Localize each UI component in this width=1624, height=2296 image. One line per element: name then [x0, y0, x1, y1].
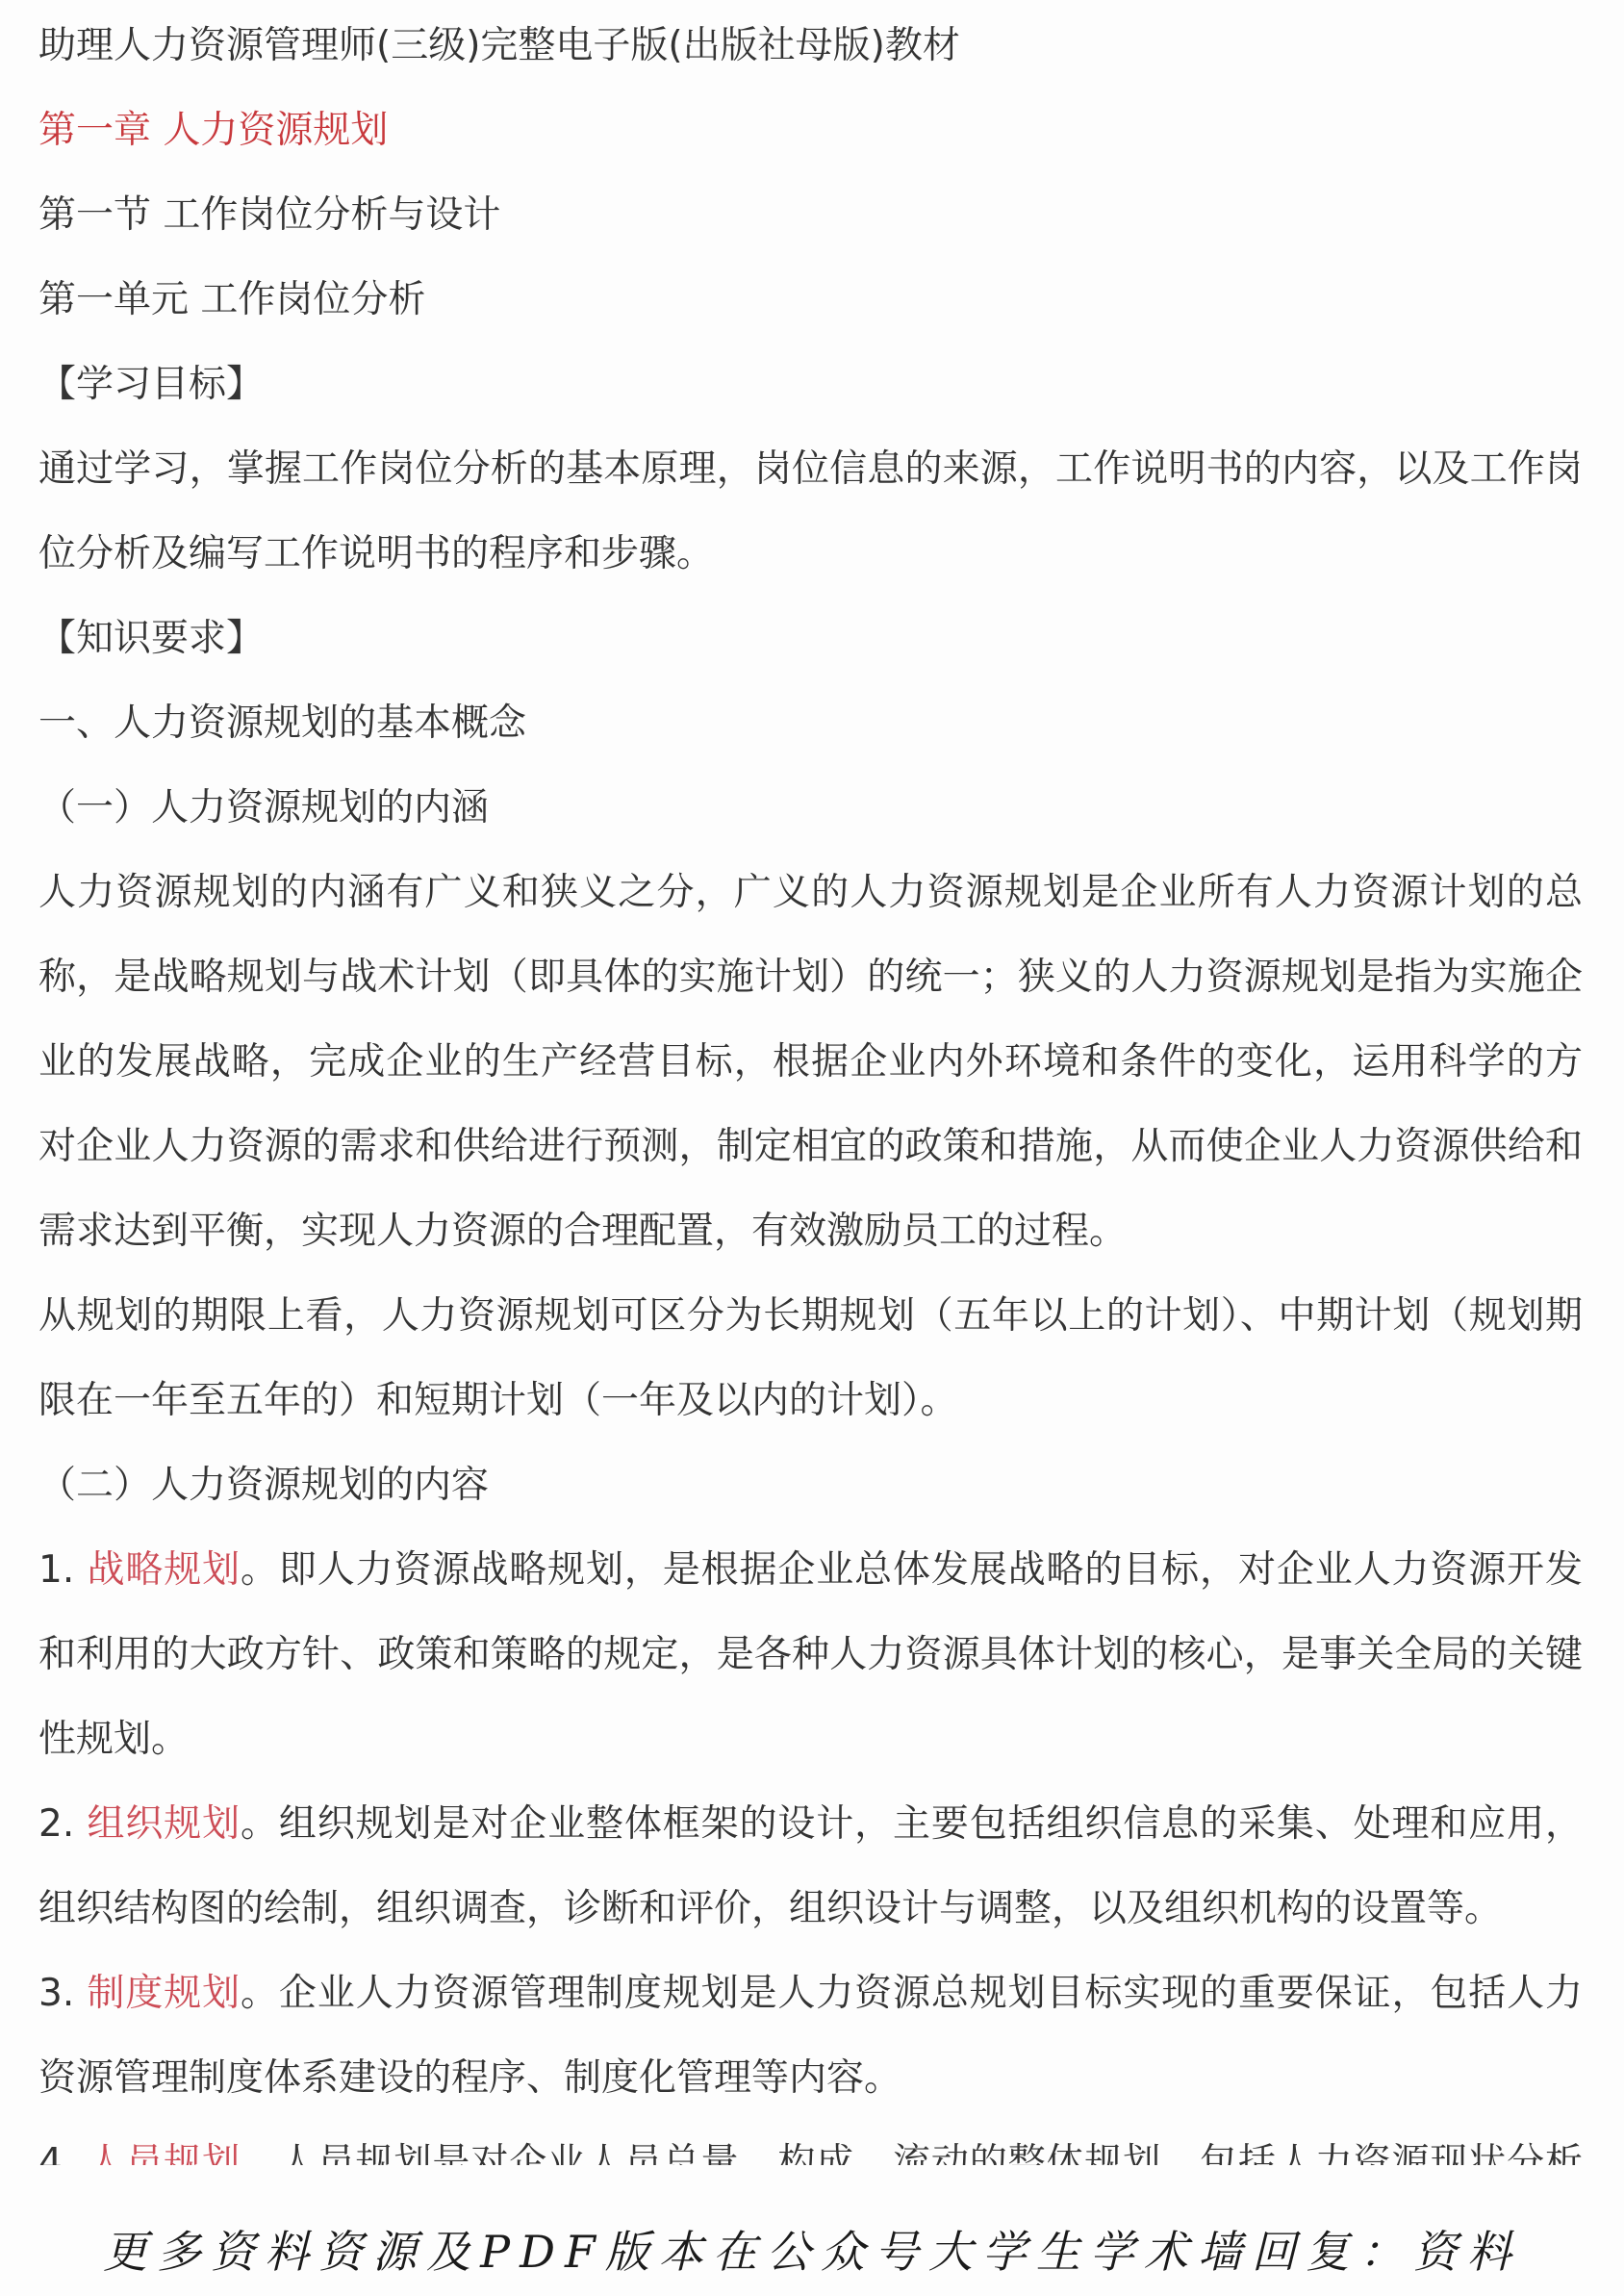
- subsection-one-heading: （一）人力资源规划的内涵: [38, 766, 1583, 851]
- item-text: 。人员规划是对企业人员总量、构成、流动的整体规划，包括人力资源现状分析: [241, 2141, 1583, 2165]
- list-item-system-planning: 3. 制度规划。企业人力资源管理制度规划是人力资源总规划目标实现的重要保证，包括…: [38, 1952, 1583, 2036]
- list-item-organization-planning: 2. 组织规划。组织规划是对企业整体框架的设计，主要包括组织信息的采集、处理和应…: [38, 1782, 1583, 1867]
- subsection-two-heading: （二）人力资源规划的内容: [38, 1443, 1583, 1528]
- item-term: 战略规划: [88, 1548, 241, 1592]
- paragraph-line: 称，是战略规划与战术计划（即具体的实施计划）的统一；狭义的人力资源规划是指为实施…: [38, 935, 1583, 1020]
- paragraph-line: 需求达到平衡，实现人力资源的合理配置，有效激励员工的过程。: [38, 1189, 1583, 1274]
- item-text: 。即人力资源战略规划，是根据企业总体发展战略的目标，对企业人力资源开发: [241, 1548, 1583, 1592]
- item-term: 制度规划: [88, 1972, 241, 2015]
- paragraph-line: 人力资源规划的内涵有广义和狭义之分，广义的人力资源规划是企业所有人力资源计划的总: [38, 851, 1583, 935]
- part-one-heading: 一、人力资源规划的基本概念: [38, 681, 1583, 766]
- paragraph-line: 业的发展战略，完成企业的生产经营目标，根据企业内外环境和条件的变化，运用科学的方…: [38, 1020, 1583, 1105]
- item-text: 。企业人力资源管理制度规划是人力资源总规划目标实现的重要保证，包括人力: [241, 1972, 1583, 2015]
- learning-goals-line: 通过学习，掌握工作岗位分析的基本原理，岗位信息的来源，工作说明书的内容，以及工作…: [38, 427, 1583, 512]
- footer-watermark: 更多资料资源及PDF版本在公众号大学生学术墙回复：资料: [0, 2213, 1624, 2290]
- list-item-staff-planning: 4. 人员规划。人员规划是对企业人员总量、构成、流动的整体规划，包括人力资源现状…: [38, 2121, 1583, 2165]
- unit-heading: 第一单元 工作岗位分析: [38, 258, 1583, 343]
- document-page: 助理人力资源管理师(三级)完整电子版(出版社母版)教材 第一章 人力资源规划 第…: [38, 4, 1583, 2165]
- chapter-heading: 第一章 人力资源规划: [38, 89, 1583, 173]
- learning-goals-heading: 【学习目标】: [38, 343, 1583, 427]
- paragraph-line: 性规划。: [38, 1697, 1583, 1782]
- list-item-strategic-planning: 1. 战略规划。即人力资源战略规划，是根据企业总体发展战略的目标，对企业人力资源…: [38, 1528, 1583, 1613]
- item-number: 2.: [38, 1802, 88, 1846]
- paragraph-line: 资源管理制度体系建设的程序、制度化管理等内容。: [38, 2036, 1583, 2121]
- learning-goals-line: 位分析及编写工作说明书的程序和步骤。: [38, 512, 1583, 597]
- item-text: 。组织规划是对企业整体框架的设计，主要包括组织信息的采集、处理和应用，: [241, 1802, 1583, 1846]
- item-number: 3.: [38, 1972, 88, 2015]
- paragraph-line: 对企业人力资源的需求和供给进行预测，制定相宜的政策和措施，从而使企业人力资源供给…: [38, 1105, 1583, 1189]
- section-heading: 第一节 工作岗位分析与设计: [38, 173, 1583, 258]
- paragraph-line: 和利用的大政方针、政策和策略的规定，是各种人力资源具体计划的核心，是事关全局的关…: [38, 1613, 1583, 1697]
- item-term: 人员规划: [88, 2141, 241, 2165]
- item-number: 1.: [38, 1548, 88, 1592]
- paragraph-line: 组织结构图的绘制，组织调查，诊断和评价，组织设计与调整，以及组织机构的设置等。: [38, 1867, 1583, 1952]
- paragraph-line: 从规划的期限上看，人力资源规划可区分为长期规划（五年以上的计划）、中期计划（规划…: [38, 1274, 1583, 1359]
- knowledge-requirements-heading: 【知识要求】: [38, 597, 1583, 681]
- paragraph-line: 限在一年至五年的）和短期计划（一年及以内的计划）。: [38, 1359, 1583, 1443]
- item-number: 4.: [38, 2141, 88, 2165]
- document-title: 助理人力资源管理师(三级)完整电子版(出版社母版)教材: [38, 4, 1583, 89]
- item-term: 组织规划: [88, 1802, 241, 1846]
